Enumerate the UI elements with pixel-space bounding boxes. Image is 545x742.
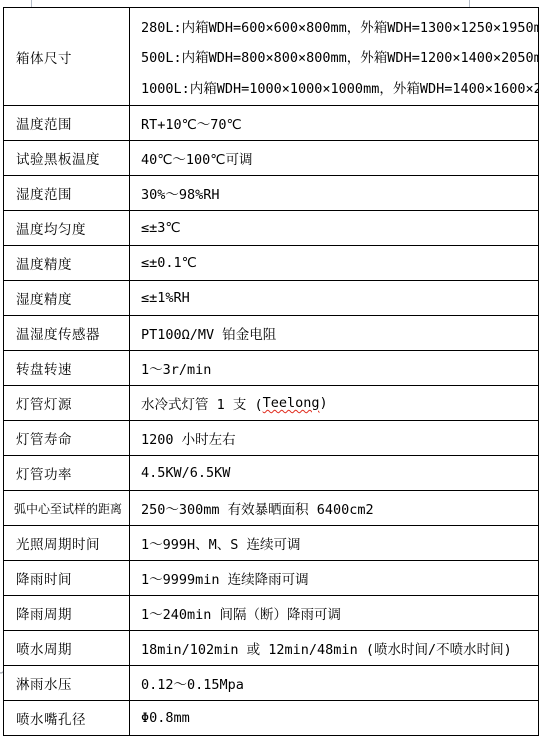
spec-value: ≤±1%RH bbox=[130, 281, 538, 315]
spec-value: 1200 小时左右 bbox=[130, 421, 538, 455]
spec-label: 温度范围 bbox=[4, 106, 130, 140]
spec-row-blackboard-temperature: 试验黑板温度 40℃～100℃可调 bbox=[4, 141, 538, 176]
spec-label: 湿度精度 bbox=[4, 281, 130, 315]
spec-row-sensor: 温湿度传感器 PT100Ω/MV 铂金电阻 bbox=[4, 316, 538, 351]
spec-value: 30%～98%RH bbox=[130, 176, 538, 210]
spec-value: 250～300mm 有效暴晒面积 6400cm2 bbox=[130, 491, 538, 525]
spec-value: Φ0.8mm bbox=[130, 701, 538, 735]
spec-row-lamp-source: 灯管灯源 水冷式灯管 1 支 (Teelong) bbox=[4, 386, 538, 421]
spec-row-lamp-life: 灯管寿命 1200 小时左右 bbox=[4, 421, 538, 456]
spec-label: 降雨周期 bbox=[4, 596, 130, 630]
specification-table: 箱体尺寸 280L:内箱WDH=600×600×800mm，外箱WDH=1300… bbox=[3, 7, 539, 736]
spec-value: RT+10℃～70℃ bbox=[130, 106, 538, 140]
spec-value-line: 1000L:内箱WDH=1000×1000×1000mm，外箱WDH=1400×… bbox=[141, 72, 538, 102]
spec-label: 降雨时间 bbox=[4, 561, 130, 595]
brand-name-spellcheck: Teelong bbox=[263, 395, 320, 411]
spec-label: 灯管灯源 bbox=[4, 386, 130, 420]
spec-row-humidity-accuracy: 湿度精度 ≤±1%RH bbox=[4, 281, 538, 316]
spec-row-temperature-uniformity: 温度均匀度 ≤±3℃ bbox=[4, 211, 538, 246]
spec-value: PT100Ω/MV 铂金电阻 bbox=[130, 316, 538, 350]
spec-row-spray-cycle: 喷水周期 18min/102min 或 12min/48min (喷水时间/不喷… bbox=[4, 631, 538, 666]
spec-value: 1～999H、M、S 连续可调 bbox=[130, 526, 538, 560]
spec-value: 4.5KW/6.5KW bbox=[130, 456, 538, 490]
spec-value: 水冷式灯管 1 支 (Teelong) bbox=[130, 386, 538, 420]
spec-label: 试验黑板温度 bbox=[4, 141, 130, 175]
spec-row-turntable-speed: 转盘转速 1～3r/min bbox=[4, 351, 538, 386]
spec-value: 0.12～0.15Mpa bbox=[130, 666, 538, 700]
spec-label: 喷水嘴孔径 bbox=[4, 701, 130, 735]
spec-row-rain-time: 降雨时间 1～9999min 连续降雨可调 bbox=[4, 561, 538, 596]
spec-label: 灯管寿命 bbox=[4, 421, 130, 455]
spec-row-light-cycle-time: 光照周期时间 1～999H、M、S 连续可调 bbox=[4, 526, 538, 561]
spec-row-rain-cycle: 降雨周期 1～240min 间隔（断）降雨可调 bbox=[4, 596, 538, 631]
spec-label: 淋雨水压 bbox=[4, 666, 130, 700]
spec-row-humidity-range: 湿度范围 30%～98%RH bbox=[4, 176, 538, 211]
spec-value: 1～9999min 连续降雨可调 bbox=[130, 561, 538, 595]
spec-value: 40℃～100℃可调 bbox=[130, 141, 538, 175]
spec-value: 18min/102min 或 12min/48min (喷水时间/不喷水时间) bbox=[130, 631, 538, 665]
spec-value: ≤±0.1℃ bbox=[130, 246, 538, 280]
spec-value-line: 500L:内箱WDH=800×800×800mm，外箱WDH=1200×1400… bbox=[141, 41, 538, 71]
spec-value: 1～240min 间隔（断）降雨可调 bbox=[130, 596, 538, 630]
spec-row-rain-water-pressure: 淋雨水压 0.12～0.15Mpa bbox=[4, 666, 538, 701]
spec-row-nozzle-diameter: 喷水嘴孔径 Φ0.8mm bbox=[4, 701, 538, 735]
spec-row-lamp-power: 灯管功率 4.5KW/6.5KW bbox=[4, 456, 538, 491]
spec-row-box-dimensions: 箱体尺寸 280L:内箱WDH=600×600×800mm，外箱WDH=1300… bbox=[4, 8, 538, 106]
spec-document: { "page": { "background": "#ffffff", "bo… bbox=[0, 0, 545, 742]
spec-label: 弧中心至试样的距离 bbox=[4, 491, 130, 525]
spec-label: 喷水周期 bbox=[4, 631, 130, 665]
spec-label: 温度均匀度 bbox=[4, 211, 130, 245]
spec-label: 箱体尺寸 bbox=[4, 8, 130, 105]
spec-label: 湿度范围 bbox=[4, 176, 130, 210]
spec-value-text: 水冷式灯管 1 支 ( bbox=[141, 393, 263, 413]
spec-row-arc-distance: 弧中心至试样的距离 250～300mm 有效暴晒面积 6400cm2 bbox=[4, 491, 538, 526]
spec-row-temperature-accuracy: 温度精度 ≤±0.1℃ bbox=[4, 246, 538, 281]
spec-label: 灯管功率 bbox=[4, 456, 130, 490]
spec-label: 光照周期时间 bbox=[4, 526, 130, 560]
spec-value-line: 280L:内箱WDH=600×600×800mm，外箱WDH=1300×1250… bbox=[141, 11, 538, 41]
spec-value: 1～3r/min bbox=[130, 351, 538, 385]
spec-value-text: ) bbox=[320, 395, 328, 411]
spec-row-temperature-range: 温度范围 RT+10℃～70℃ bbox=[4, 106, 538, 141]
spec-value: ≤±3℃ bbox=[130, 211, 538, 245]
spec-label: 温湿度传感器 bbox=[4, 316, 130, 350]
spec-label: 温度精度 bbox=[4, 246, 130, 280]
spec-value: 280L:内箱WDH=600×600×800mm，外箱WDH=1300×1250… bbox=[130, 8, 538, 105]
spec-label: 转盘转速 bbox=[4, 351, 130, 385]
